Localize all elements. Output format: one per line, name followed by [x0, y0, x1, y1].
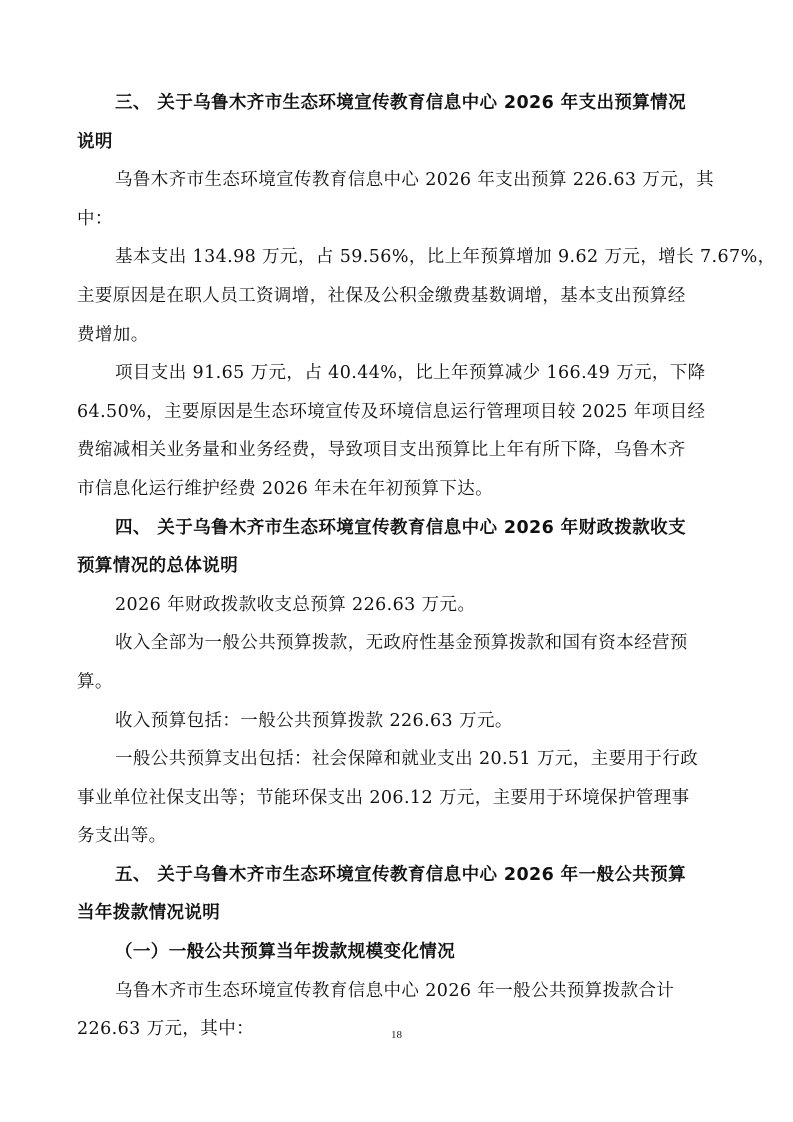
- paragraph-line: 主要原因是在职人员工资调增，社保及公积金缴费基数调增，基本支出预算经: [77, 277, 707, 316]
- section-heading-3-cont: 说明: [77, 123, 707, 162]
- paragraph-line: 乌鲁木齐市生态环境宣传教育信息中心 2026 年一般公共预算拨款合计: [77, 972, 707, 1011]
- section-heading-4: 四、 关于乌鲁木齐市生态环境宣传教育信息中心 2026 年财政拨款收支: [77, 509, 707, 548]
- page-number: 18: [0, 1029, 793, 1041]
- paragraph-line: 基本支出 134.98 万元，占 59.56%，比上年预算增加 9.62 万元，…: [77, 238, 707, 277]
- section-heading-5-cont: 当年拨款情况说明: [77, 894, 707, 933]
- paragraph-line: 事业单位社保支出等；节能环保支出 206.12 万元，主要用于环境保护管理事: [77, 779, 707, 818]
- paragraph-line: 64.50%，主要原因是生态环境宣传及环境信息运行管理项目较 2025 年项目经: [77, 393, 707, 432]
- paragraph-line: 一般公共预算支出包括：社会保障和就业支出 20.51 万元，主要用于行政: [77, 740, 707, 779]
- paragraph-line: 收入预算包括：一般公共预算拨款 226.63 万元。: [77, 702, 707, 741]
- paragraph-line: 算。: [77, 663, 707, 702]
- section-heading-4-cont: 预算情况的总体说明: [77, 547, 707, 586]
- section-heading-5: 五、 关于乌鲁木齐市生态环境宣传教育信息中心 2026 年一般公共预算: [77, 856, 707, 895]
- paragraph-line: 乌鲁木齐市生态环境宣传教育信息中心 2026 年支出预算 226.63 万元，其: [77, 161, 707, 200]
- paragraph-line: 中：: [77, 200, 707, 239]
- document-page: 三、 关于乌鲁木齐市生态环境宣传教育信息中心 2026 年支出预算情况 说明 乌…: [77, 84, 707, 1049]
- paragraph-line: 2026 年财政拨款收支总预算 226.63 万元。: [77, 586, 707, 625]
- paragraph-line: 市信息化运行维护经费 2026 年未在年初预算下达。: [77, 470, 707, 509]
- paragraph-line: 务支出等。: [77, 817, 707, 856]
- paragraph-line: 费增加。: [77, 316, 707, 355]
- subsection-heading-1: （一）一般公共预算当年拨款规模变化情况: [77, 933, 707, 972]
- paragraph-line: 费缩减相关业务量和业务经费，导致项目支出预算比上年有所下降，乌鲁木齐: [77, 431, 707, 470]
- section-heading-3: 三、 关于乌鲁木齐市生态环境宣传教育信息中心 2026 年支出预算情况: [77, 84, 707, 123]
- paragraph-line: 项目支出 91.65 万元，占 40.44%，比上年预算减少 166.49 万元…: [77, 354, 707, 393]
- paragraph-line: 收入全部为一般公共预算拨款，无政府性基金预算拨款和国有资本经营预: [77, 624, 707, 663]
